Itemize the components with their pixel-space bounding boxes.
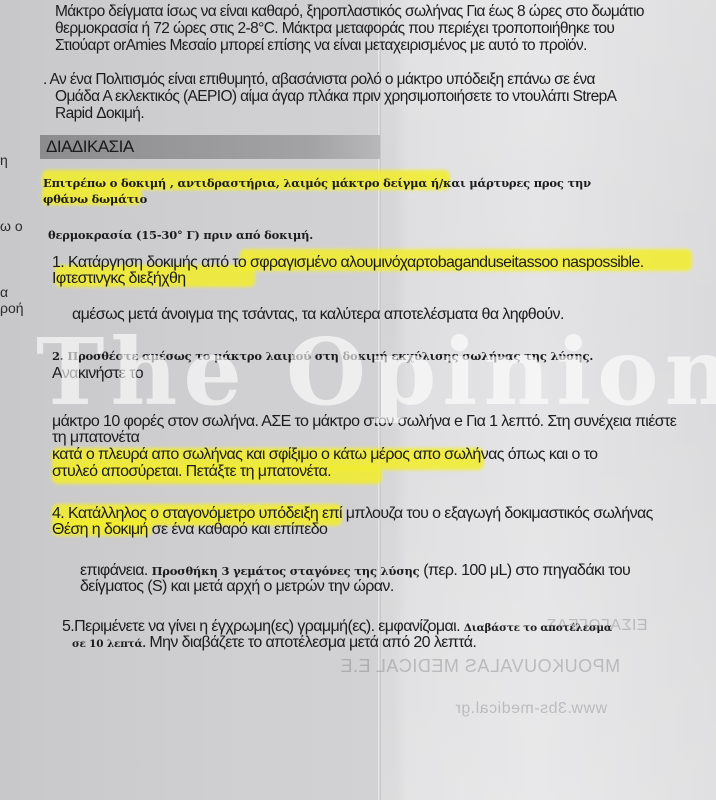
step1-line: αμέσως μετά άνοιγμα της τσάντας, τα καλύ…: [72, 306, 564, 323]
culture-line: Ομάδα Α εκλεκτικός (ΑΕΡΙΟ) αίμα άγαρ πλά…: [55, 88, 616, 105]
margin-fragment: η: [0, 152, 8, 168]
step4-volume: (περ. 100 μL) στο πηγαδάκι του: [423, 562, 630, 579]
step4-surface-text: επιφάνεια.: [80, 562, 152, 579]
step5-warning: Μην διαβάζετε το αποτέλεσμα μετά από 20 …: [149, 634, 476, 651]
step4-line: Θέση η δοκιμή σε ένα καθαρό και επίπεδο: [52, 521, 327, 538]
step4-line: δείγματος (S) και μετά αρχή ο μετρών την…: [80, 578, 394, 595]
margin-fragment: ροή: [0, 300, 24, 316]
step1-line: 1. Κατάργηση δοκιμής από το σφραγισμένο …: [52, 254, 644, 271]
intro-line: θερμοκρασία ή 72 ώρες στις 2-8°C. Μάκτρα…: [55, 20, 614, 37]
step5-ten-minutes: σε 10 λεπτά.: [72, 638, 149, 650]
margin-fragment: α: [0, 284, 8, 300]
step5-line: σε 10 λεπτά. Μην διαβάζετε το αποτέλεσμα…: [72, 634, 476, 653]
step2-line: μάκτρο 10 φορές στον σωλήνα. ΑΣΕ το μάκτ…: [52, 413, 676, 430]
intro-line: Στιούαρτ orAmies Μεσαίο μπορεί επίσης να…: [55, 37, 587, 54]
section-title: ΔΙΑΔΙΚΑΣΙΑ: [46, 137, 134, 157]
allow-line: φθάνω δωμάτιο: [43, 191, 147, 208]
step2-heading: 2. Προσθέστε αμέσως το μάκτρο λαιμού στη…: [52, 348, 593, 365]
step4-add-drops: Προσθήκη 3 γεμάτος σταγόνες της λύσης: [152, 564, 424, 578]
step2-line: κατά ο πλευρά απο σωλήνας και σφίξιμο ο …: [52, 446, 597, 463]
bleed-through-company: MPOUKOUVALAS MEDICAL E.E: [340, 656, 620, 677]
step2-line: Ανακινήστε το: [52, 365, 143, 382]
allow-line: Επιτρέπω ο δοκιμή , αντιδραστήρια, λαιμό…: [43, 175, 591, 192]
step5-wait-text: 5.Περιμένετε να γίνει η έγχρωμη(ες) γραμ…: [62, 618, 464, 635]
step1-line: Ιφτεστινγκς διεξήχθη: [52, 270, 186, 287]
paper-fold: [378, 0, 381, 800]
intro-line: Μάκτρο δείγματα ίσως να είναι καθαρό, ξη…: [55, 3, 644, 20]
margin-fragment: ω ο: [0, 218, 23, 234]
bleed-through-website: www.3bs-medical.gr: [455, 700, 607, 718]
step4-line: 4. Κατάλληλος ο σταγονόμετρο υπόδειξη επ…: [52, 505, 653, 522]
step2-line: στυλεό αποσύρεται. Πετάξτε τη μπατονέτα.: [52, 463, 331, 480]
paper-sheen: [381, 0, 716, 800]
step5-read-result: Διαβάστε το αποτέλεσμα: [464, 622, 612, 634]
culture-line: . Αν ένα Πολιτισμός είναι επιθυμητό, αβα…: [43, 71, 595, 88]
temperature-line: θερμοκρασία (15-30° Γ) πριν από δοκιμή.: [48, 227, 313, 244]
culture-line: Rapid Δοκιμή.: [55, 105, 144, 122]
step2-line: τη μπατονέτα: [52, 429, 139, 446]
